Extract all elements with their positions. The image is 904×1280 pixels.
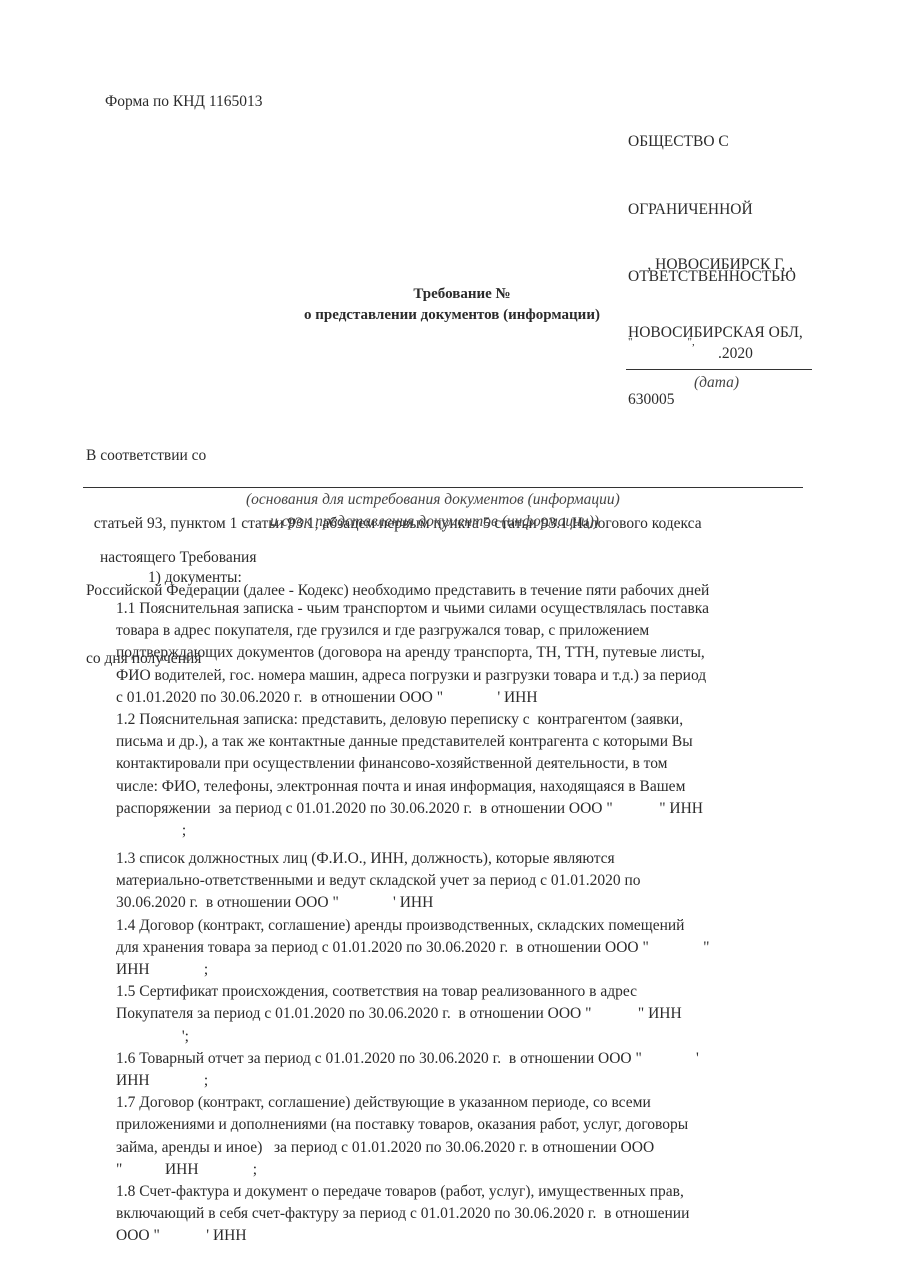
- item-line: письма и др.), а так же контактные данны…: [116, 731, 709, 753]
- item-line: 1.6 Товарный отчет за период с 01.01.202…: [116, 1048, 709, 1070]
- list-item: 1.3 список должностных лиц (Ф.И.О., ИНН,…: [116, 848, 709, 915]
- date-caption: (дата): [694, 371, 739, 394]
- item-line: Покупателя за период с 01.01.2020 по 30.…: [116, 1003, 709, 1025]
- item-line: 1.2 Пояснительная записка: представить, …: [116, 709, 709, 731]
- item-line: ФИО водителей, гос. номера машин, адреса…: [116, 665, 709, 687]
- item-line: с 01.01.2020 по 30.06.2020 г. в отношени…: [116, 687, 709, 709]
- item-line: товара в адрес покупателя, где грузился …: [116, 620, 709, 642]
- item-line: 1.5 Сертификат происхождения, соответств…: [116, 981, 709, 1003]
- list-item: 1.7 Договор (контракт, соглашение) дейст…: [116, 1092, 709, 1181]
- addressee-line: ОБЩЕСТВО С: [628, 131, 796, 154]
- list-item: 1.5 Сертификат происхождения, соответств…: [116, 981, 709, 1048]
- list-item: 1.6 Товарный отчет за период с 01.01.202…: [116, 1048, 709, 1092]
- item-line: 1.1 Пояснительная записка - чьим транспо…: [116, 598, 709, 620]
- item-line: 1.7 Договор (контракт, соглашение) дейст…: [116, 1092, 709, 1114]
- list-item: 1.8 Счет-фактура и документ о передаче т…: [116, 1181, 709, 1248]
- form-code: Форма по КНД 1165013: [105, 90, 263, 113]
- item-line: " ИНН ;: [116, 1159, 709, 1181]
- item-line: ИНН ;: [116, 1070, 709, 1092]
- list-item: 1.2 Пояснительная записка: представить, …: [116, 709, 709, 842]
- address-line: , НОВОСИБИРСК Г, ,: [628, 254, 803, 277]
- item-line: ООО " ' ИНН: [116, 1225, 709, 1247]
- item-line: ;: [116, 820, 709, 842]
- item-line: ';: [116, 1026, 709, 1048]
- item-line: 1.8 Счет-фактура и документ о передаче т…: [116, 1181, 709, 1203]
- item-line: контактировали при осуществлении финансо…: [116, 753, 709, 775]
- date-underline: [626, 369, 812, 370]
- documents-heading: 1) документы:: [148, 566, 242, 589]
- list-item: 1.4 Договор (контракт, соглашение) аренд…: [116, 915, 709, 982]
- item-line: подтверждающих документов (договора на а…: [116, 642, 709, 664]
- basis-caption: (основания для истребования документов (…: [246, 488, 620, 511]
- basis-line: В соответствии со: [86, 445, 709, 468]
- date-value: .2020: [718, 342, 753, 365]
- basis-caption: и срок представления документов (информа…: [270, 510, 599, 533]
- document-title: Требование №: [0, 283, 904, 306]
- list-item: 1.1 Пояснительная записка - чьим транспо…: [116, 598, 709, 709]
- item-line: материально-ответственными и ведут склад…: [116, 870, 709, 892]
- item-line: займа, аренды и иное) за период с 01.01.…: [116, 1137, 709, 1159]
- item-line: ИНН ;: [116, 959, 709, 981]
- item-line: числе: ФИО, телефоны, электронная почта …: [116, 776, 709, 798]
- item-line: распоряжении за период с 01.01.2020 по 3…: [116, 798, 709, 820]
- item-line: для хранения товара за период с 01.01.20…: [116, 937, 709, 959]
- item-line: 1.3 список должностных лиц (Ф.И.О., ИНН,…: [116, 848, 709, 870]
- item-line: 1.4 Договор (контракт, соглашение) аренд…: [116, 915, 709, 937]
- item-line: 30.06.2020 г. в отношении ООО " ' ИНН: [116, 892, 709, 914]
- item-line: включающий в себя счет-фактуру за период…: [116, 1203, 709, 1225]
- document-subtitle: о представлении документов (информации): [0, 304, 904, 327]
- item-line: приложениями и дополнениями (на поставку…: [116, 1114, 709, 1136]
- document-items-list: 1.1 Пояснительная записка - чьим транспо…: [116, 598, 709, 1247]
